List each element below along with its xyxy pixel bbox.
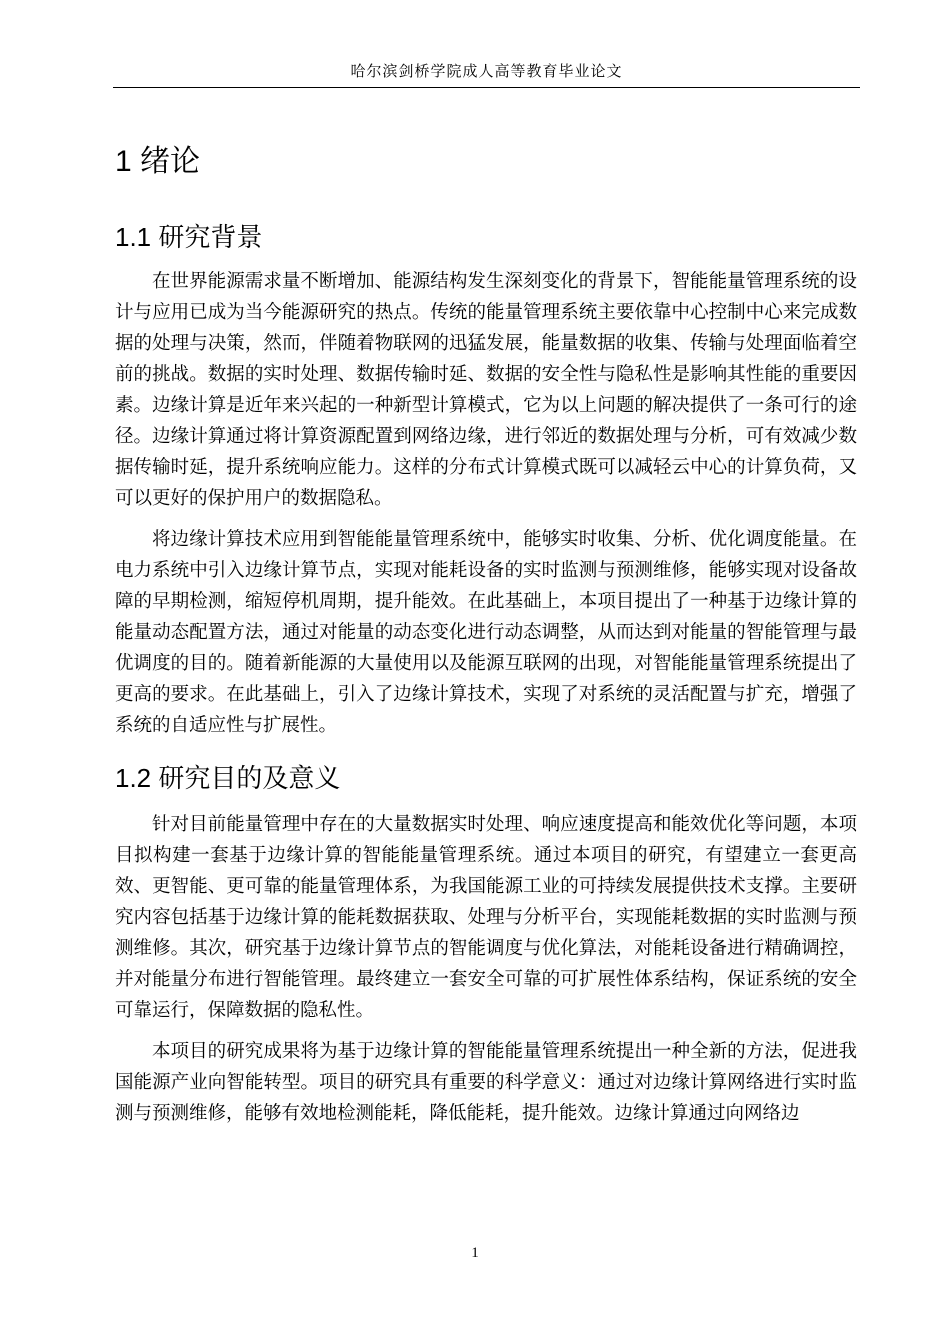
page-content: 1 绪论 1.1 研究背景 在世界能源需求量不断增加、能源结构发生深刻变化的背景… [115, 0, 857, 1130]
paragraph-purpose-1: 针对目前能量管理中存在的大量数据实时处理、响应速度提高和能效优化等问题，本项目拟… [115, 810, 857, 1027]
page-number: 1 [0, 1243, 950, 1263]
thesis-page: 哈尔滨剑桥学院成人高等教育毕业论文 1 绪论 1.1 研究背景 在世界能源需求量… [0, 0, 950, 1344]
paragraph-background-2: 将边缘计算技术应用到智能能量管理系统中，能够实时收集、分析、优化调度能量。在电力… [115, 525, 857, 742]
chapter-title: 1 绪论 [115, 145, 857, 179]
section-heading-1-1: 1.1 研究背景 [115, 221, 857, 253]
section-heading-1-2: 1.2 研究目的及意义 [115, 762, 857, 794]
paragraph-background-1: 在世界能源需求量不断增加、能源结构发生深刻变化的背景下，智能能量管理系统的设计与… [115, 267, 857, 515]
paragraph-purpose-2: 本项目的研究成果将为基于边缘计算的智能能量管理系统提出一种全新的方法，促进我国能… [115, 1037, 857, 1130]
